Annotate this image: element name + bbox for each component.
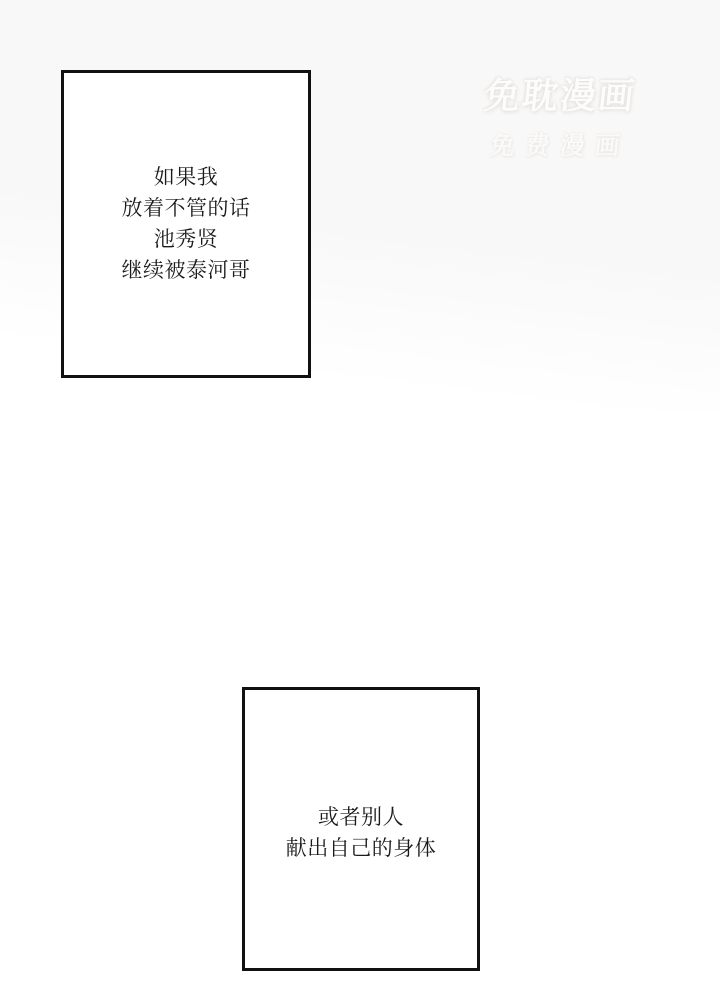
- narration-line-2: 放着不管的话: [122, 193, 251, 224]
- narration-box-1: 如果我 放着不管的话 池秀贤 继续被泰河哥: [61, 70, 311, 378]
- narration-box-2: 或者别人 献出自己的身体: [242, 687, 480, 971]
- narration-line-4: 继续被泰河哥: [122, 255, 251, 286]
- narration-line-1: 或者别人: [318, 802, 404, 833]
- site-watermark: 免耽漫画 免费漫画: [453, 68, 663, 162]
- comic-page: 免耽漫画 免费漫画 如果我 放着不管的话 池秀贤 继续被泰河哥 或者别人 献出自…: [0, 0, 720, 999]
- narration-line-1: 如果我: [154, 162, 219, 193]
- narration-line-2: 献出自己的身体: [286, 833, 437, 864]
- watermark-title: 免耽漫画: [458, 68, 663, 119]
- narration-line-3: 池秀贤: [154, 224, 219, 255]
- watermark-subtitle: 免费漫画: [453, 126, 657, 162]
